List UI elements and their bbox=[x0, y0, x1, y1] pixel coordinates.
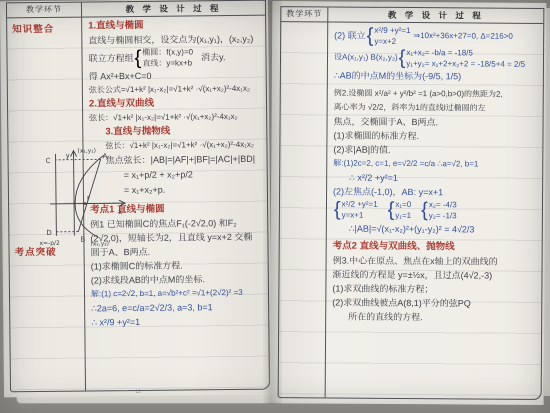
system-lines: x²/2 +y²=1 y=x+1 bbox=[342, 199, 378, 221]
example2-question2: (2)求|AB|的值. bbox=[333, 142, 542, 157]
header-process-label: 教 学 设 计 过 程 bbox=[328, 8, 543, 22]
right-content-column: (2) 联立 { x²/9 +y²=1 y=x+2 ⇒10x²+36x+27=0… bbox=[326, 22, 544, 398]
example3-line: 例3.中心在原点、焦点在x轴上的双曲线的 bbox=[333, 253, 542, 268]
page-number: 12 bbox=[135, 389, 141, 395]
note-line: 联立方程组 bbox=[88, 51, 133, 65]
system-lines: x₁+x₂= -b/a = -18/5 y₁+y₂= x₁+2+x₂+2 = -… bbox=[406, 47, 525, 70]
point-B-label: B bbox=[80, 236, 85, 244]
solution-line: y=x+2 bbox=[374, 36, 410, 47]
solution-system-3: { x²/2 +y²=1 y=x+1 { x₁=0 y₁=1 { x₂= -4/… bbox=[333, 198, 542, 221]
focus-F-label: F bbox=[87, 195, 91, 202]
right-table-frame: 教学环节 教 学 设 计 过 程 (2) 联立 { x²/9 +y²=1 y=x… bbox=[278, 6, 545, 400]
brace-glyph: { bbox=[421, 200, 428, 220]
solution-line: ⇒10x²+36x+27=0, Δ=216>0 bbox=[413, 29, 513, 44]
notebook-photo: 教学环节 教 学 设 计 过 程 知识整合 考点突破 1.直线与椭圆 直线与椭圆… bbox=[0, 0, 550, 413]
solution-line: y=x+1 bbox=[342, 210, 378, 221]
x-axis-label: x bbox=[118, 208, 122, 216]
note-line: 椭圆：f(x,y)=0 bbox=[142, 46, 193, 58]
example3-question2-cont: 所在的直线的方程. bbox=[348, 310, 541, 325]
example3-line: 渐近线的方程是 y=±½x，且过点(4√2,-3) bbox=[332, 267, 541, 282]
header-env-label: 教学环节 bbox=[281, 7, 328, 21]
system-lines: x₁=0 y₁=1 bbox=[395, 199, 411, 221]
point2-coords: (x₂,y₂) bbox=[90, 240, 109, 247]
solution-line: (2)左焦点(-1,0)，AB: y=x+1 bbox=[333, 184, 542, 199]
focal-chord-formula: 焦点弦长：|AB|=|AF|+|BF|=|AC|+|BD| bbox=[106, 152, 267, 169]
point-C-label: C bbox=[46, 157, 51, 165]
example2-question1: (1)求椭圆的标准方程. bbox=[333, 128, 542, 143]
example3-question2: (2)求双曲线被点A(8,1)平分的弦PQ bbox=[332, 295, 541, 310]
example2-line: 焦点，交椭圆于A、B两点. bbox=[334, 114, 543, 129]
focus-point bbox=[84, 202, 87, 205]
system-lines: 椭圆：f(x,y)=0 直线：y=kx+b bbox=[142, 46, 193, 69]
solution-line: ∴AB的中点M的坐标为(-9/5, 1/5) bbox=[334, 68, 543, 83]
solution-line: y₁+y₂= x₁+2+x₂+2 = -18/5+4 = 2/5 bbox=[406, 58, 525, 70]
system-lines: x₂= -4/3 y₂= -1/3 bbox=[429, 199, 457, 221]
solution-line: x₁=0 bbox=[395, 199, 411, 210]
solution-line: ∴|AB|=√(x₁-x₂)²+(y₁-y₂)² = 4√2/3 bbox=[349, 221, 542, 238]
focal-chord-result: = x₁+x₂+p. bbox=[124, 182, 267, 198]
brace-glyph: { bbox=[134, 48, 141, 68]
solution-system-1: (2) 联立 { x²/9 +y²=1 y=x+2 ⇒10x²+36x+27=0… bbox=[334, 24, 543, 47]
solution-line: 解:(1)2c=2, c=1, e=√2/2 =c/a ∴a=√2, b=1 bbox=[333, 156, 542, 171]
brace-glyph: { bbox=[388, 200, 395, 220]
point-A-label: A bbox=[103, 152, 108, 160]
system-of-equations: 联立方程组 { 椭圆：f(x,y)=0 直线：y=kx+b 消去y. bbox=[88, 46, 265, 70]
example2-line: 例2.设椭圆 x²/a² + y²/b² =1 (a>0,b>0)的焦距为2, bbox=[334, 86, 543, 101]
directrix-label: x=-p/2 bbox=[39, 240, 60, 247]
brace-glyph: { bbox=[399, 48, 406, 68]
solution-line: x₂= -4/3 bbox=[429, 199, 457, 210]
solution-line: x²/2 +y²=1 bbox=[342, 199, 378, 210]
right-page: 教学环节 教 学 设 计 过 程 (2) 联立 { x²/9 +y²=1 y=x… bbox=[270, 1, 547, 405]
header-process-label: 教 学 设 计 过 程 bbox=[82, 2, 265, 16]
point-D-label: D bbox=[46, 229, 51, 237]
y-axis-label: y bbox=[66, 152, 70, 160]
solution-line: x²/9 +y²=1 bbox=[374, 25, 410, 36]
point1-coords: (x₁,y₁) bbox=[77, 147, 96, 154]
margin-note-knowledge: 知识整合 bbox=[12, 21, 54, 35]
system-lines: x²/9 +y²=1 y=x+2 bbox=[374, 25, 410, 47]
left-body-row: 知识整合 考点突破 1.直线与椭圆 直线与椭圆相交，设交点为(x₁,y₁)，(x… bbox=[7, 16, 269, 392]
left-table-frame: 教学环节 教 学 设 计 过 程 知识整合 考点突破 1.直线与椭圆 直线与椭圆… bbox=[6, 0, 270, 392]
solution-system-2: 设A(x₁,y₁) B(x₂,y₂) { x₁+x₂= -b/a = -18/5… bbox=[334, 46, 543, 69]
note-line: 消去y. bbox=[201, 50, 225, 64]
solution-line: 设A(x₁,y₁) B(x₂,y₂) bbox=[334, 50, 398, 64]
header-env-label: 教学环节 bbox=[7, 3, 82, 18]
solution-line: 解:(1) c=2√2, b=1, a=√b²+c² =√1+(2√2)² =3 bbox=[91, 286, 268, 302]
note-line: 直线与椭圆相交，设交点为(x₁,y₁)，(x₂,y₂) bbox=[88, 32, 265, 48]
right-body-row: (2) 联立 { x²/9 +y²=1 y=x+2 ⇒10x²+36x+27=0… bbox=[279, 22, 544, 399]
right-margin-column bbox=[279, 22, 329, 397]
brace-glyph: { bbox=[334, 199, 341, 219]
chord-length-formula: 弦长公式=√1+k² |x₁-x₂|=√1+k² ·√(x₁+x₂)²-4x₁x… bbox=[89, 82, 266, 98]
examtopic2-title: 考点2 直线与双曲线、抛物线 bbox=[333, 239, 542, 254]
note-line: 直线：y=kx+b bbox=[142, 57, 193, 69]
solution-line: ∴ x²/9 +y²=1 bbox=[91, 314, 268, 330]
brace-glyph: { bbox=[367, 26, 374, 46]
solution-line: y₁=1 bbox=[395, 210, 411, 221]
solution-line: ∴ x²/2 +y²=1 bbox=[349, 171, 542, 186]
directrix-line bbox=[56, 154, 57, 236]
example2-line: 离心率为 √2/2，斜率为1的直线l过椭圆的左 bbox=[334, 100, 543, 115]
left-content-column: 1.直线与椭圆 直线与椭圆相交，设交点为(x₁,y₁)，(x₂,y₂) 联立方程… bbox=[82, 16, 269, 391]
solution-line: x₁+x₂= -b/a = -18/5 bbox=[406, 47, 525, 59]
left-page: 教学环节 教 学 设 计 过 程 知识整合 考点突破 1.直线与椭圆 直线与椭圆… bbox=[0, 0, 272, 397]
focal-chord-step: = x₁+p/2 + x₂+p/2 bbox=[124, 167, 267, 183]
example3-question1: (1)求双曲线的标准方程； bbox=[332, 281, 541, 296]
y-axis bbox=[74, 152, 75, 236]
solution-line: y₂= -1/3 bbox=[429, 210, 457, 221]
solution-line: (2) 联立 bbox=[334, 28, 366, 42]
parabola-focal-chord-diagram: y x A B C D F (x₁,y₁) (x₂,y₂) x=-p/2 bbox=[37, 145, 130, 248]
